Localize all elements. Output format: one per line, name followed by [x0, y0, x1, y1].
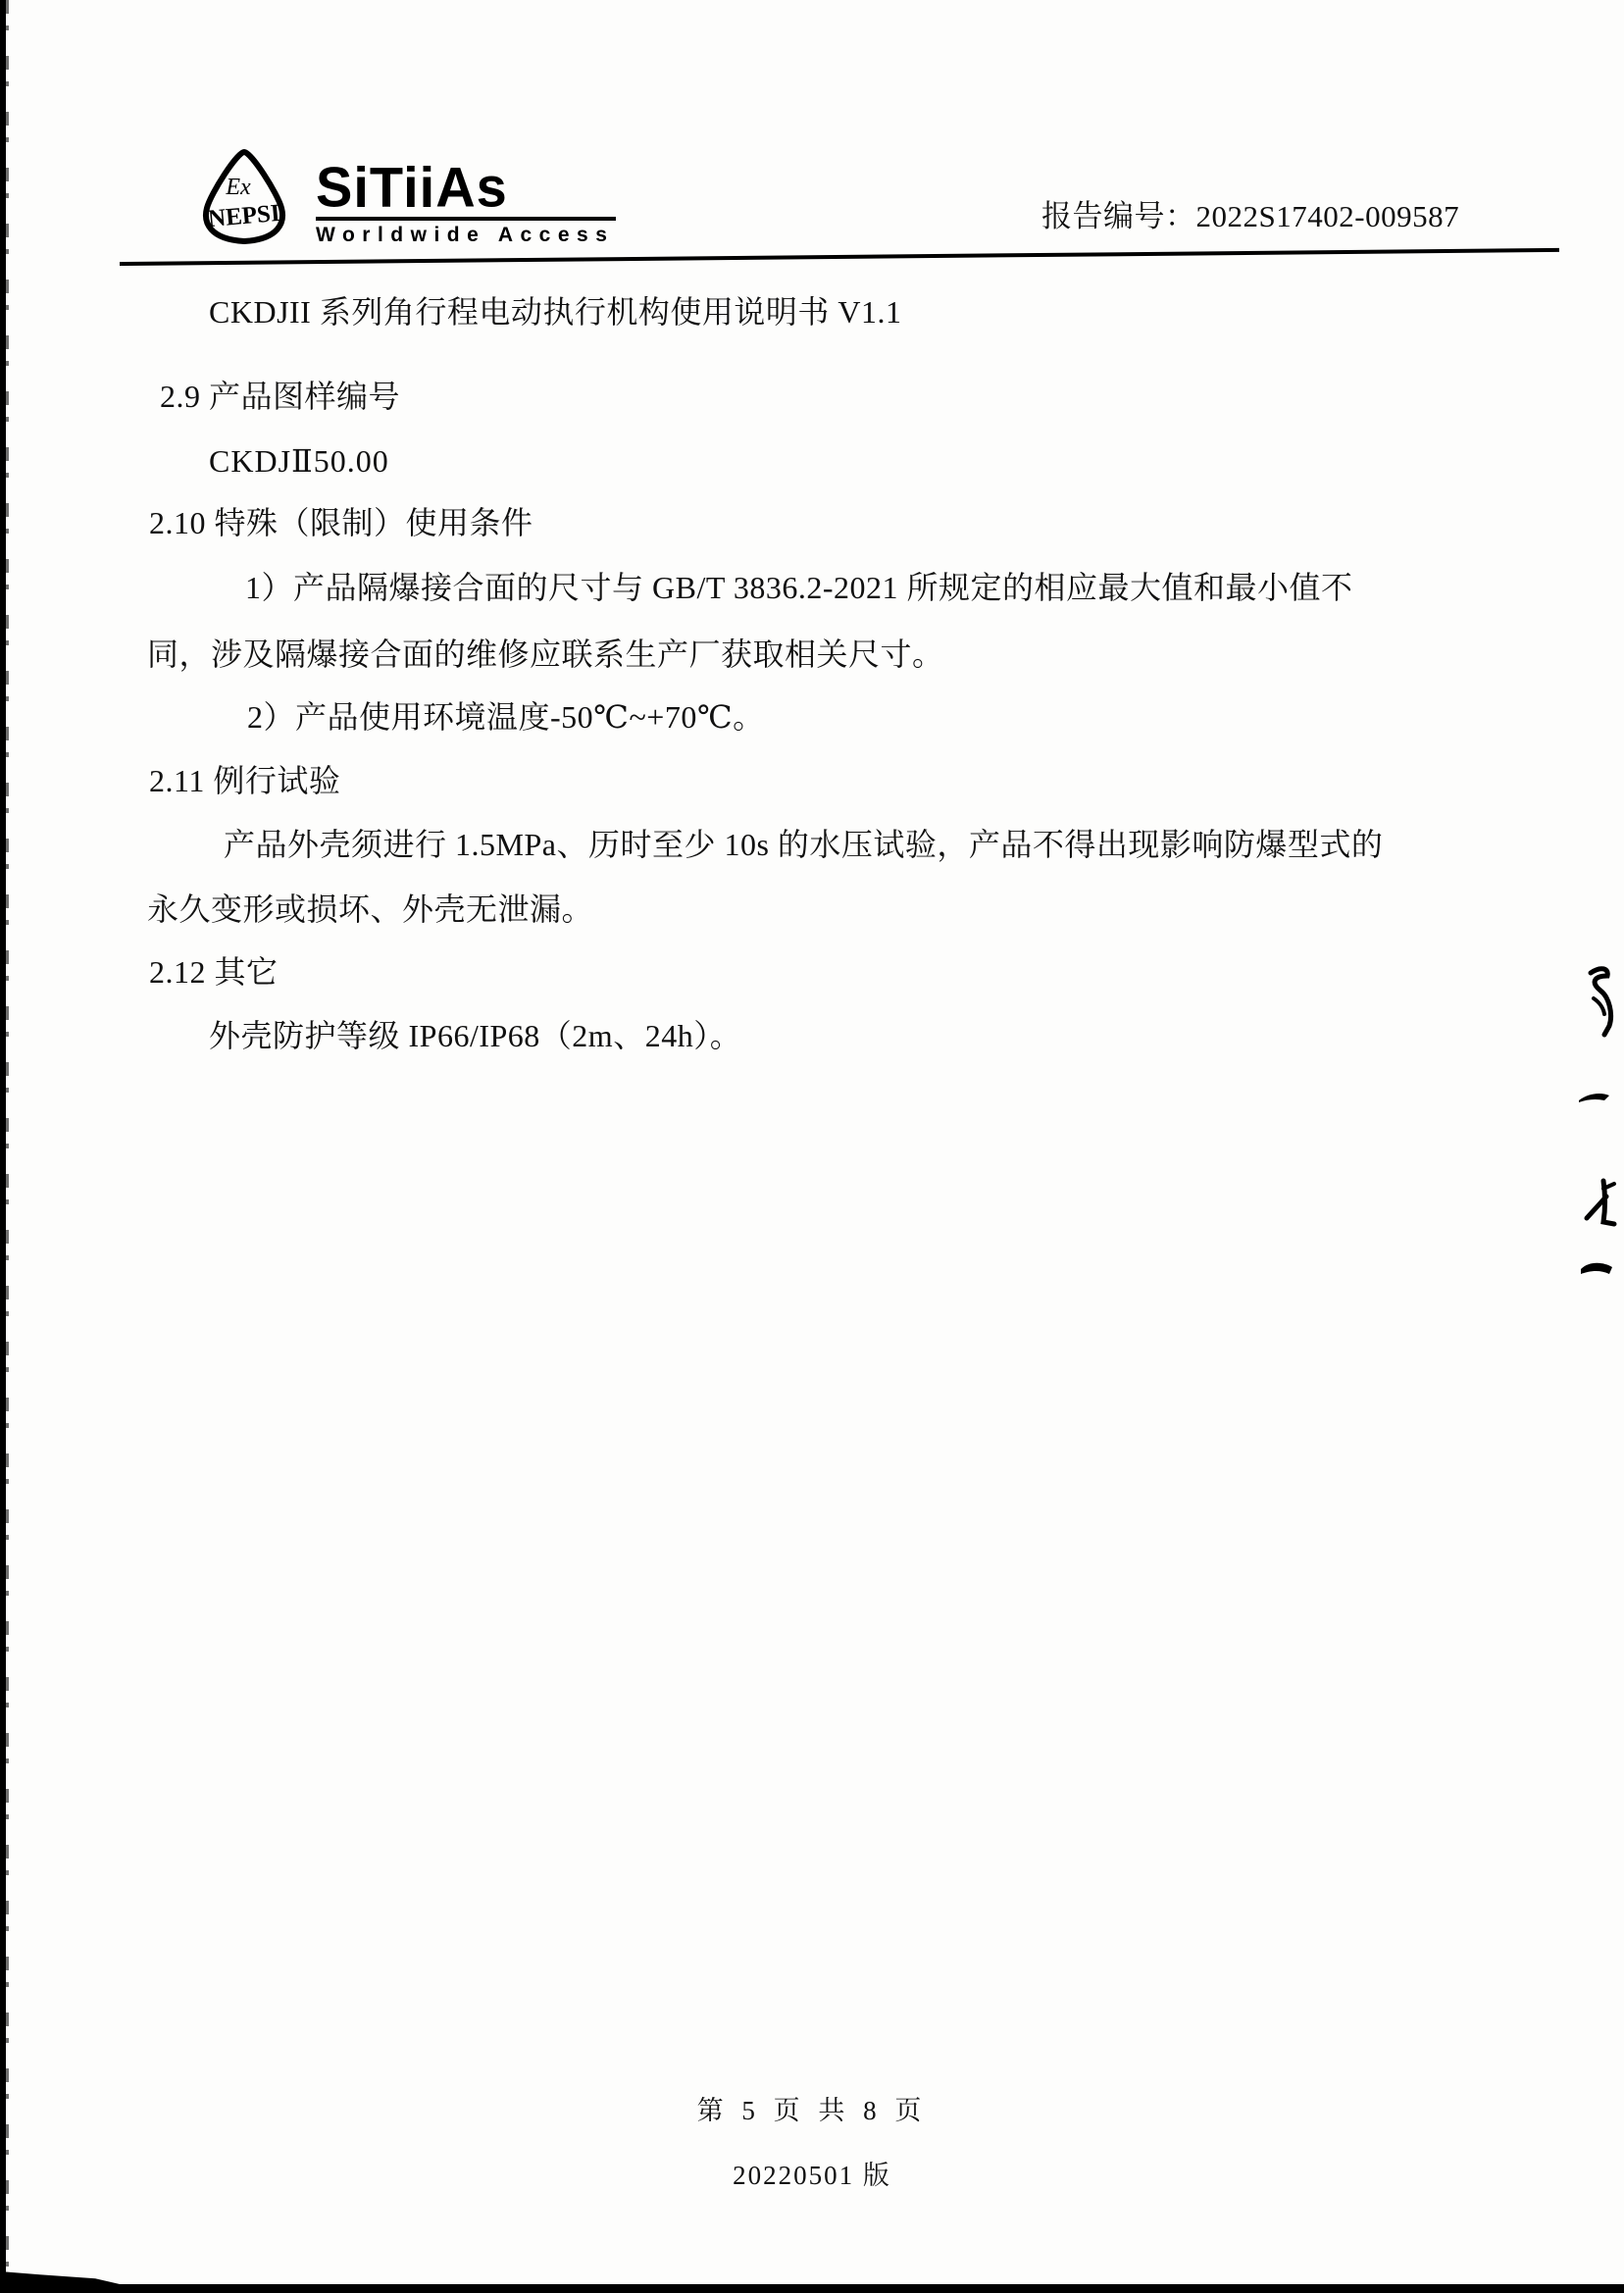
section-heading-2-11: 2.11 例行试验	[149, 760, 340, 801]
report-number-line: 报告编号：2022S17402-009587	[1041, 191, 1459, 235]
logo-tagline: Worldwide Access	[316, 224, 639, 247]
body-line: 1）产品隔爆接合面的尺寸与 GB/T 3836.2-2021 所规定的相应最大值…	[245, 567, 1352, 608]
nepsi-ex-text: Ex	[225, 175, 251, 200]
nepsi-text: NEPSI	[207, 200, 281, 232]
report-number-value: 2022S17402-009587	[1196, 199, 1460, 233]
nepsi-ex-certification-icon: Ex NEPSI	[189, 147, 299, 251]
body-line: CKDJII 系列角行程电动执行机构使用说明书 V1.1	[209, 291, 901, 332]
header-rule-line	[120, 248, 1559, 266]
body-line: CKDJⅡ50.00	[209, 440, 389, 482]
section-heading-2-12: 2.12 其它	[149, 951, 279, 993]
sitiias-logo: SiTiiAs Worldwide Access	[316, 160, 639, 247]
body-line: 永久变形或损坏、外壳无泄漏。	[147, 889, 593, 930]
body-line: 产品外壳须进行 1.5MPa、历时至少 10s 的水压试验，产品不得出现影响防爆…	[224, 824, 1383, 865]
footer-page-number: 第 5 页 共 8 页	[0, 2089, 1624, 2127]
body-line: 2）产品使用环境温度-50℃~+70℃。	[247, 696, 765, 738]
footer-version: 20220501 版	[0, 2154, 1624, 2192]
section-heading-2-10: 2.10 特殊（限制）使用条件	[149, 502, 533, 543]
scan-bottom-corner-blob	[0, 2271, 132, 2287]
scan-left-edge-noise	[6, 0, 9, 2293]
section-heading-2-9: 2.9 产品图样编号	[160, 376, 400, 417]
scan-bottom-edge	[0, 2284, 1624, 2293]
report-number-label: 报告编号：	[1041, 199, 1196, 233]
sitiias-wordmark: SiTiiAs	[316, 159, 639, 215]
body-line: 外壳防护等级 IP66/IP68（2m、24h）。	[209, 1015, 741, 1056]
body-line: 同，涉及隔爆接合面的维修应联系生产厂获取相关尺寸。	[147, 634, 944, 675]
edge-ink-marks-icon	[1567, 942, 1624, 1295]
scanned-report-page: { "header": { "report_label": "报告编号：", "…	[0, 0, 1624, 2293]
